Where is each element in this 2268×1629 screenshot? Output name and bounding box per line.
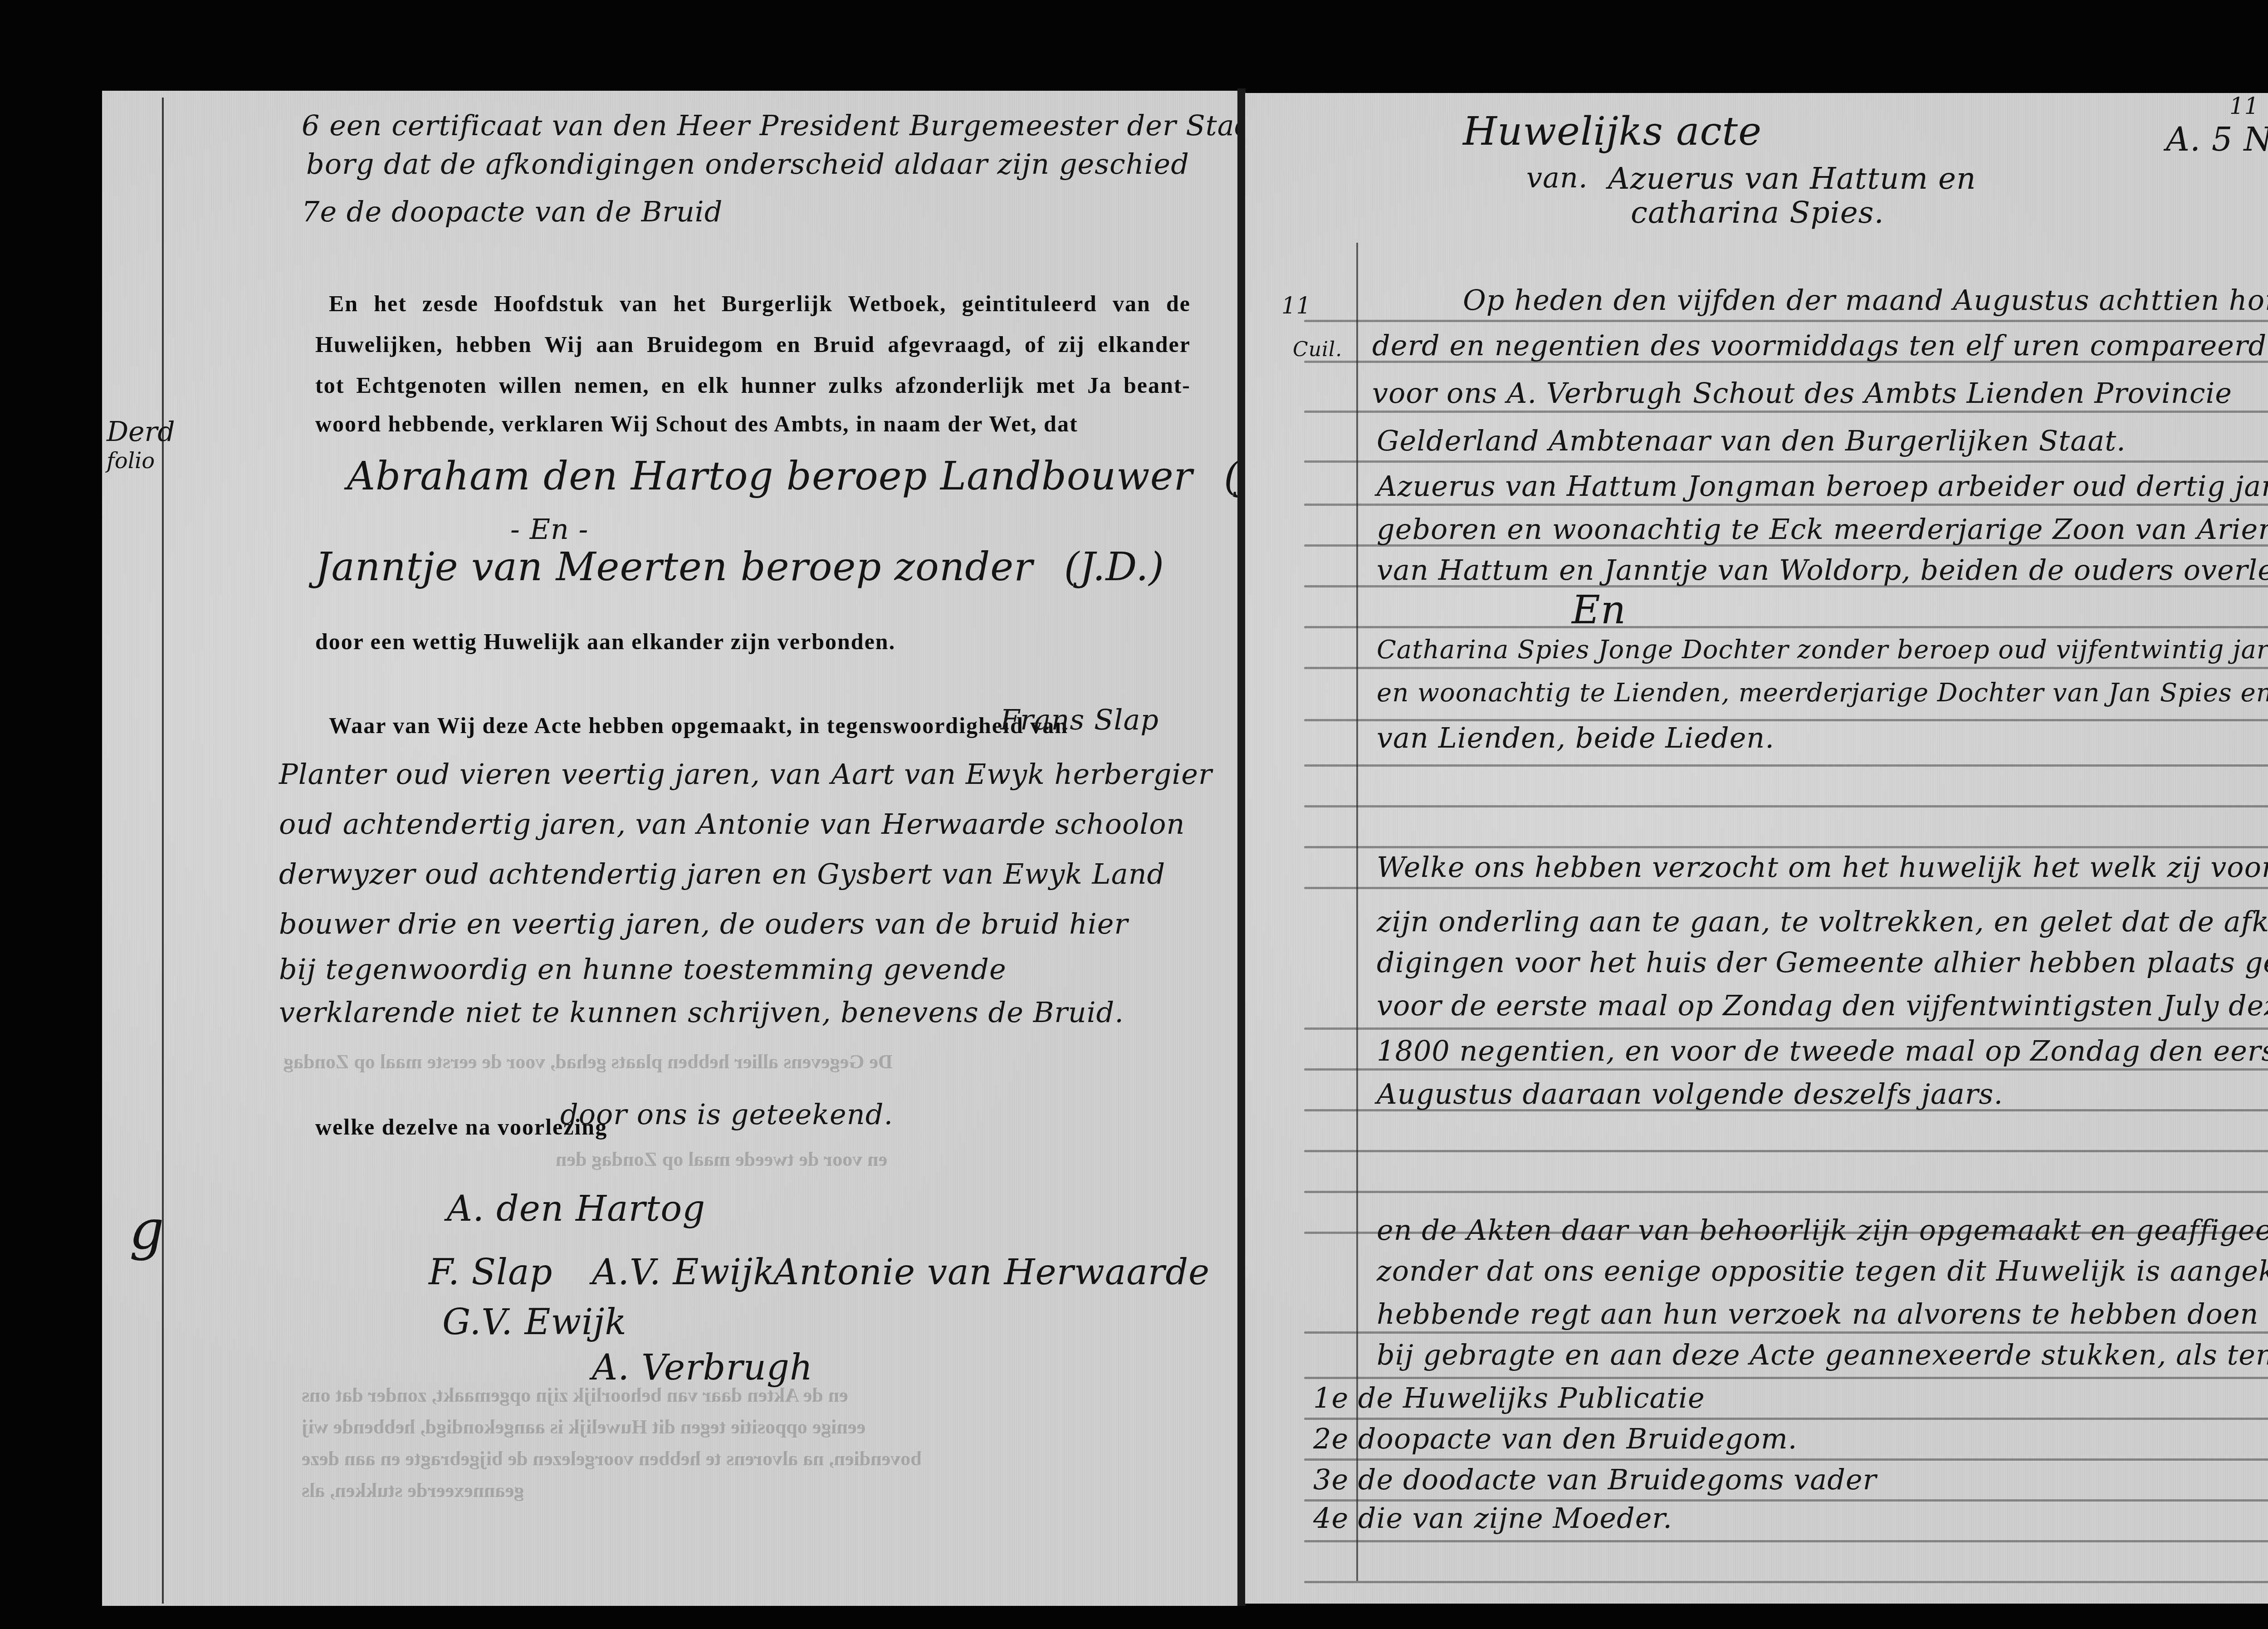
margin-word: Cuil. [1293, 338, 1342, 361]
printed-intro-4: woord hebbende, verklaren Wij Schout des… [315, 411, 1078, 437]
records-text-4: bij gebragte en aan deze Acte geannexeer… [1377, 1338, 2268, 1371]
ruled-line [1304, 1027, 2268, 1030]
bride-text-1: Catharina Spies Jonge Dochter zonder ber… [1377, 635, 2268, 665]
attachment-num: 2e [1313, 1422, 1349, 1455]
ruled-line [1304, 805, 2268, 807]
ruled-line [1304, 320, 2268, 322]
act-title: Huwelijks acte [1463, 109, 1762, 154]
right-page: Huwelijks acte 11 A. 5 N. van. Azuerus v… [1245, 93, 2268, 1604]
printed-intro-1: En het zesde Hoofdstuk van het Burgerlij… [329, 290, 1191, 317]
bleed-through-2: en voor de tweede maal op Zondag den [556, 1148, 887, 1171]
ruled-line [1304, 1377, 2268, 1379]
request-text-3: digingen voor het huis der Gemeente alhi… [1377, 946, 2268, 979]
records-text-1: en de Akten daar van behoorlijk zijn opg… [1377, 1213, 2268, 1247]
attachment-num: 4e [1313, 1502, 1349, 1535]
records-text-3: hebbende regt aan hun verzoek na alvoren… [1377, 1297, 2268, 1331]
body-opening-4: Gelderland Ambtenaar van den Burgerlijke… [1377, 424, 2126, 457]
groom-name-occupation: Abraham den Hartog beroep Landbouwer [347, 454, 1193, 499]
witnesses-line-1: Planter oud vieren veertig jaren, van Aa… [279, 758, 1212, 791]
request-text-6: Augustus daaraan volgende deszelfs jaars… [1377, 1077, 2003, 1110]
bleed-through-3: en de Akten daar van behoorlijk zijn opg… [302, 1384, 848, 1407]
bleed-through-4: eenige oppositie tegen dit Huwelijk is a… [302, 1415, 865, 1438]
groom-text-3: van Hattum en Janntje van Woldorp, beide… [1377, 553, 2268, 587]
bride-text-3: van Lienden, beide Lieden. [1377, 721, 1774, 754]
ruled-line [1304, 411, 2268, 413]
attachment-item-2: 2e doopacte van den Bruidegom. [1313, 1422, 1797, 1455]
ruled-line [1304, 846, 2268, 848]
ruled-line [1304, 1191, 2268, 1193]
ruled-line [1304, 1068, 2268, 1071]
request-text-5: 1800 negentien, en voor de tweede maal o… [1377, 1034, 2268, 1067]
ruled-line [1304, 1418, 2268, 1420]
bride-text-2: en woonachtig te Lienden, meerderjarige … [1377, 678, 2268, 708]
attachment-text: doopacte van den Bruidegom. [1358, 1422, 1798, 1455]
margin-note-glyph: g [129, 1216, 164, 1245]
printed-witnesses-intro: Waar van Wij deze Acte hebben opgemaakt,… [329, 712, 1068, 739]
ruled-line [1304, 1540, 2268, 1542]
conjunction-en-right: En [1572, 587, 1626, 633]
request-text-2: zijn onderling aan te gaan, te voltrekke… [1377, 905, 2268, 938]
subtitle-bride: catharina Spies. [1631, 195, 1884, 230]
ruled-line [1304, 1331, 2268, 1334]
attachment-item-4: 4e die van zijne Moeder. [1313, 1502, 1672, 1535]
witnesses-line-3: derwyzer oud achtendertig jaren en Gysbe… [279, 857, 1165, 890]
bleed-through-6: geannexeerde stukken, als [302, 1479, 524, 1502]
witnesses-line-4: bouwer drie en veertig jaren, de ouders … [279, 907, 1128, 940]
body-opening-3: voor ons A. Verbrugh Schout des Ambts Li… [1372, 377, 2232, 410]
witness-inline-name: Frans Slap [1000, 703, 1159, 736]
printed-united: door een wettig Huwelijk aan elkander zi… [315, 628, 895, 655]
act-number: A. 5 N. [2166, 120, 2268, 158]
attachment-line-6a: 6 een certificaat van den Heer President… [302, 109, 1357, 142]
attachment-line-6b: borg dat de afkondigingen onderscheid al… [306, 147, 1189, 181]
witnesses-line-2: oud achtendertig jaren, van Antonie van … [279, 807, 1185, 841]
attachment-item-3: 3e de doodacte van Bruidegoms vader [1313, 1463, 1877, 1496]
bride-line: Janntje van Meerten beroep zonder (J.D.) [315, 544, 1164, 590]
attachment-text: de Huwelijks Publicatie [1358, 1381, 1705, 1414]
groom-text-2: geboren en woonachtig te Eck meerderjari… [1377, 513, 2268, 546]
ruled-line [1304, 504, 2268, 506]
attachment-line-7: 7e de doopacte van de Bruid [302, 195, 723, 228]
bride-mark: (J.D.) [1064, 544, 1164, 590]
witnesses-line-6: verklarende niet te kunnen schrijven, be… [279, 996, 1124, 1029]
signature-witness-1: F. Slap [429, 1252, 552, 1293]
subtitle-names: Azuerus van Hattum en [1608, 161, 1976, 196]
ruled-line [1304, 1581, 2268, 1583]
margin-note-bottom: folio [107, 446, 175, 475]
readout-handwritten: door ons is geteekend. [560, 1098, 893, 1131]
request-text-1: Welke ons hebben verzocht om het huwelij… [1377, 851, 2268, 884]
folio-number: 11 [2229, 93, 2259, 119]
bleed-through-5: bovendien, na alvorens te hebben voorgel… [302, 1447, 922, 1470]
witnesses-line-5: bij tegenwoordig en hunne toestemming ge… [279, 953, 1007, 986]
margin-note-derd: Derd folio [107, 417, 175, 475]
ruled-line [1304, 1458, 2268, 1461]
book-gutter [1237, 88, 1246, 1606]
signature-groom: A. den Hartog [447, 1189, 705, 1229]
margin-index: 11 [1281, 293, 1311, 319]
signature-witness-4: G.V. Ewijk [442, 1302, 627, 1343]
ruled-line [1304, 626, 2268, 628]
groom-text-1: Azuerus van Hattum Jongman beroep arbeid… [1377, 470, 2268, 503]
records-text-2: zonder dat ons eenige oppositie tegen di… [1377, 1254, 2268, 1287]
attachment-item-1: 1e de Huwelijks Publicatie [1313, 1381, 1705, 1414]
signature-witness-2: A.V. Ewijk [592, 1252, 775, 1293]
ruled-line [1304, 667, 2268, 669]
right-margin-rule [1356, 243, 1358, 1581]
bleed-through-1: De Gegevens allier hebben plaats gehad, … [283, 1050, 893, 1073]
ruled-line [1304, 764, 2268, 767]
conjunction-en: - En - [510, 513, 589, 546]
signature-schout: A. Verbrugh [592, 1347, 813, 1388]
signature-witness-3: Antonie van Herwaarde [773, 1252, 1210, 1293]
groom-line: Abraham den Hartog beroep Landbouwer (J.… [347, 454, 1334, 499]
body-opening-1: Op heden den vijfden der maand Augustus … [1463, 284, 2268, 317]
attachment-num: 1e [1313, 1381, 1349, 1414]
left-margin-rule [162, 98, 164, 1604]
printed-intro-3: tot Echtgenoten willen nemen, en elk hun… [315, 372, 1191, 398]
printed-intro-2: Huwelijken, hebben Wij aan Bruidegom en … [315, 331, 1191, 357]
ruled-line [1304, 1150, 2268, 1152]
ruled-line [1304, 460, 2268, 463]
body-opening-2: derd en negentien des voormiddags ten el… [1372, 329, 2268, 362]
bride-name-occupation: Janntje van Meerten beroep zonder [315, 544, 1033, 590]
subtitle-prefix: van. [1526, 161, 1588, 194]
ruled-line [1304, 887, 2268, 889]
margin-note-top: Derd [107, 417, 175, 446]
attachment-num: 3e [1313, 1463, 1349, 1496]
attachment-text: die van zijne Moeder. [1358, 1502, 1672, 1535]
left-page: Derd folio g 6 een certificaat van den H… [102, 91, 1238, 1606]
request-text-4: voor de eerste maal op Zondag den vijfen… [1377, 989, 2268, 1022]
attachment-text: de doodacte van Bruidegoms vader [1358, 1463, 1877, 1496]
